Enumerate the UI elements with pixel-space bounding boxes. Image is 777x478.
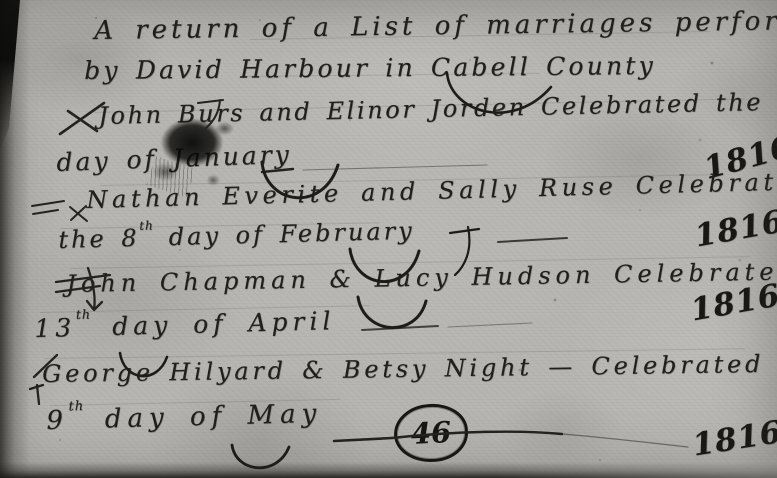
flourish-lucy-loop — [358, 297, 426, 328]
title-line-1: A return of a List of marriages performe… — [94, 5, 777, 46]
entry-2-date-ordinal: th — [139, 218, 154, 232]
entry-4-couple-text: George Hilyard & Betsy Night — Celebrate… — [42, 349, 777, 388]
entry-3-date-line: 13th day of April — [34, 306, 336, 343]
entry-4-date-ordinal: th — [68, 399, 84, 414]
entry-2-year: 1816 — [692, 203, 777, 254]
entry-2-dash — [498, 238, 567, 242]
entry-2-date-post: day of February — [154, 217, 415, 252]
entry-3-dash — [362, 326, 438, 330]
entry-4-date-pre: 9 — [46, 405, 69, 436]
entry-1-couple-text: John Burs and Elinor Jorden Celebrated t… — [98, 87, 777, 130]
marriage-register-scan: A return of a List of marriages performe… — [0, 0, 777, 478]
entry-3-couple-line: John Chapman & Lucy Hudson Celebrated th… — [66, 256, 777, 298]
scan-bottom-shadow — [0, 462, 777, 478]
title-line-2: by David Harbour in Cabell County — [84, 51, 656, 85]
entry-2-date-line: the 8th day of February — [58, 217, 415, 254]
entry-4-date-post: day of May — [84, 399, 322, 435]
entry-3-date-post: day of April — [91, 306, 336, 341]
book-gutter-shadow — [0, 0, 30, 478]
entry-1-date-pre: day of January — [56, 140, 292, 177]
entry-2-date-pre: the 8 — [58, 224, 140, 254]
scan-bottom-shadow-fade — [497, 462, 777, 478]
entry-4-dash — [334, 438, 392, 441]
entry-3-couple-text: John Chapman & Lucy Hudson Celebrated th… — [66, 256, 777, 298]
entry-4-date-line: 9th day of May — [46, 399, 323, 436]
entry-4-dash-faint — [562, 434, 688, 447]
page-number-text: 46 — [410, 415, 452, 451]
entry-3-date-ordinal: th — [76, 306, 91, 321]
entry-1-dash-long — [303, 165, 487, 170]
title-line-1-text: A return of a List of marriages performe… — [94, 5, 777, 46]
entry-4-year: 1816 — [690, 414, 777, 464]
entry-2-couple-text: Nathan Everite and Sally Ruse Celebrated — [86, 167, 777, 214]
entry-3-date-pre: 13 — [34, 313, 77, 343]
entry-2-couple-line: Nathan Everite and Sally Ruse Celebrated — [86, 167, 777, 214]
page-number-stamp: 46 — [393, 402, 470, 464]
entry-1-date-line: day of January — [56, 140, 292, 177]
title-line-2-text: by David Harbour in Cabell County — [84, 51, 656, 85]
entry-1-couple-line: John Burs and Elinor Jorden Celebrated t… — [98, 87, 777, 130]
entry-3-dash-faint — [448, 323, 532, 327]
entry-4-couple-line: George Hilyard & Betsy Night — Celebrate… — [42, 349, 777, 388]
binding-dark-corner — [0, 0, 20, 150]
margin-mark-entry2-ticks — [32, 201, 87, 221]
flourish-may-loop — [232, 445, 289, 468]
